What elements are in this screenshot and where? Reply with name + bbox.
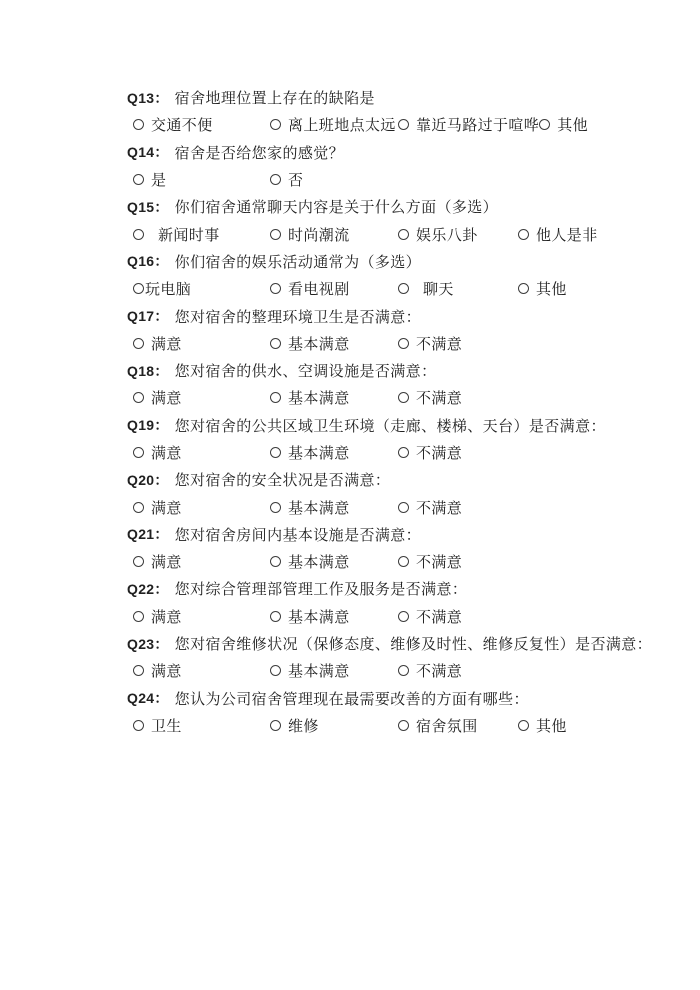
radio-option[interactable]: 满意 — [133, 551, 270, 572]
radio-option[interactable]: 基本满意 — [270, 497, 398, 518]
question-text: 您认为公司宿舍管理现在最需要改善的方面有哪些： — [175, 688, 529, 709]
question-number: Q22： — [127, 579, 169, 599]
question-heading: Q15： 你们宿舍通常聊天内容是关于什么方面（多选） — [127, 193, 672, 220]
option-label: 满意 — [151, 497, 182, 518]
radio-circle-icon[interactable] — [518, 720, 529, 731]
question-text: 您对宿舍房间内基本设施是否满意： — [175, 524, 421, 545]
question-heading: Q21： 您对宿舍房间内基本设施是否满意： — [127, 521, 672, 548]
question-number: Q19： — [127, 415, 169, 435]
radio-circle-icon[interactable] — [133, 392, 144, 403]
question-heading: Q17： 您对宿舍的整理环境卫生是否满意： — [127, 302, 672, 329]
radio-option[interactable]: 满意 — [133, 333, 270, 354]
question-options-row: 新闻时事 时尚潮流 娱乐八卦 他人是非 — [127, 220, 672, 247]
radio-circle-icon[interactable] — [133, 502, 144, 513]
option-label: 靠近马路过于喧哗 — [416, 114, 539, 135]
option-label: 不满意 — [416, 551, 462, 572]
question-heading: Q14： 宿舍是否给您家的感觉？ — [127, 139, 672, 166]
radio-option[interactable]: 满意 — [133, 497, 270, 518]
radio-circle-icon[interactable] — [133, 720, 144, 731]
question-options-row: 满意 基本满意 不满意 — [127, 384, 672, 411]
radio-circle-icon[interactable] — [270, 283, 281, 294]
question-block: Q24： 您认为公司宿舍管理现在最需要改善的方面有哪些： 卫生 维修 宿舍氛围 … — [127, 685, 672, 740]
radio-option[interactable]: 其他 — [518, 715, 567, 736]
radio-circle-icon[interactable] — [133, 665, 144, 676]
radio-option[interactable]: 否 — [270, 169, 398, 190]
question-block: Q14： 宿舍是否给您家的感觉？ 是 否 — [127, 139, 672, 194]
question-heading: Q16： 你们宿舍的娱乐活动通常为（多选） — [127, 248, 672, 275]
option-label: 满意 — [151, 333, 182, 354]
question-block: Q17： 您对宿舍的整理环境卫生是否满意： 满意 基本满意 不满意 — [127, 302, 672, 357]
radio-circle-icon[interactable] — [398, 611, 409, 622]
option-label: 基本满意 — [288, 333, 350, 354]
radio-option[interactable]: 基本满意 — [270, 387, 398, 408]
question-text: 宿舍是否给您家的感觉？ — [175, 142, 344, 163]
radio-circle-icon[interactable] — [270, 174, 281, 185]
question-number: Q15： — [127, 197, 169, 217]
radio-option[interactable]: 聊天 — [398, 278, 518, 299]
option-label: 娱乐八卦 — [416, 224, 478, 245]
radio-circle-icon[interactable] — [133, 119, 144, 130]
radio-circle-icon[interactable] — [398, 447, 409, 458]
radio-circle-icon[interactable] — [133, 611, 144, 622]
option-label: 满意 — [151, 387, 182, 408]
question-heading: Q22： 您对综合管理部管理工作及服务是否满意： — [127, 575, 672, 602]
radio-option[interactable]: 离上班地点太远 — [270, 114, 398, 135]
radio-option[interactable]: 其他 — [539, 114, 588, 135]
radio-circle-icon[interactable] — [398, 556, 409, 567]
radio-circle-icon[interactable] — [398, 338, 409, 349]
radio-circle-icon[interactable] — [270, 611, 281, 622]
radio-circle-icon[interactable] — [270, 720, 281, 731]
radio-option[interactable]: 新闻时事 — [133, 224, 270, 245]
radio-option[interactable]: 基本满意 — [270, 442, 398, 463]
question-number: Q14： — [127, 142, 169, 162]
option-label: 是 — [151, 169, 166, 190]
question-heading: Q19： 您对宿舍的公共区域卫生环境（走廊、楼梯、天台）是否满意： — [127, 412, 672, 439]
radio-option[interactable]: 他人是非 — [518, 224, 598, 245]
radio-option[interactable]: 基本满意 — [270, 333, 398, 354]
question-options-row: 满意 基本满意 不满意 — [127, 657, 672, 684]
question-text: 您对宿舍的安全状况是否满意： — [175, 469, 391, 490]
question-block: Q18： 您对宿舍的供水、空调设施是否满意： 满意 基本满意 不满意 — [127, 357, 672, 412]
option-label: 基本满意 — [288, 387, 350, 408]
option-label: 维修 — [288, 715, 319, 736]
question-options-row: 满意 基本满意 不满意 — [127, 548, 672, 575]
question-block: Q19： 您对宿舍的公共区域卫生环境（走廊、楼梯、天台）是否满意： 满意 基本满… — [127, 412, 672, 467]
option-label: 满意 — [151, 442, 182, 463]
question-text: 您对综合管理部管理工作及服务是否满意： — [175, 578, 468, 599]
question-text: 您对宿舍的整理环境卫生是否满意： — [175, 306, 421, 327]
radio-circle-icon[interactable] — [133, 447, 144, 458]
question-number: Q24： — [127, 688, 169, 708]
radio-circle-icon[interactable] — [398, 392, 409, 403]
option-label: 其他 — [536, 715, 567, 736]
option-label: 交通不便 — [151, 114, 213, 135]
option-label: 他人是非 — [536, 224, 598, 245]
option-label: 宿舍氛围 — [416, 715, 478, 736]
question-options-row: 交通不便 离上班地点太远 靠近马路过于喧哗 其他 — [127, 111, 672, 138]
radio-circle-icon[interactable] — [518, 283, 529, 294]
option-label: 否 — [288, 169, 303, 190]
radio-option[interactable]: 不满意 — [398, 551, 518, 572]
question-text: 您对宿舍的供水、空调设施是否满意： — [175, 360, 437, 381]
radio-circle-icon[interactable] — [133, 283, 144, 294]
radio-circle-icon[interactable] — [398, 229, 409, 240]
radio-circle-icon[interactable] — [270, 392, 281, 403]
radio-option[interactable]: 玩电脑 — [133, 278, 270, 299]
radio-circle-icon[interactable] — [398, 665, 409, 676]
radio-option[interactable]: 是 — [133, 169, 270, 190]
radio-circle-icon[interactable] — [270, 229, 281, 240]
question-text: 宿舍地理位置上存在的缺陷是 — [175, 87, 375, 108]
question-text: 你们宿舍通常聊天内容是关于什么方面（多选） — [175, 196, 498, 217]
option-label: 时尚潮流 — [288, 224, 350, 245]
question-options-row: 是 否 — [127, 166, 672, 193]
radio-option[interactable]: 卫生 — [133, 715, 270, 736]
question-options-row: 满意 基本满意 不满意 — [127, 439, 672, 466]
radio-option[interactable]: 不满意 — [398, 660, 518, 681]
question-number: Q16： — [127, 251, 169, 271]
question-text: 你们宿舍的娱乐活动通常为（多选） — [175, 251, 421, 272]
radio-option[interactable]: 宿舍氛围 — [398, 715, 518, 736]
question-number: Q20： — [127, 470, 169, 490]
option-label: 玩电脑 — [145, 278, 191, 299]
question-text: 您对宿舍维修状况（保修态度、维修及时性、维修反复性）是否满意： — [175, 633, 652, 654]
radio-option[interactable]: 维修 — [270, 715, 398, 736]
option-label: 满意 — [151, 660, 182, 681]
option-label: 其他 — [557, 114, 588, 135]
question-block: Q16： 你们宿舍的娱乐活动通常为（多选） 玩电脑 看电视剧 聊天 其他 — [127, 248, 672, 303]
radio-option[interactable]: 不满意 — [398, 497, 518, 518]
question-block: Q20： 您对宿舍的安全状况是否满意： 满意 基本满意 不满意 — [127, 466, 672, 521]
radio-option[interactable]: 不满意 — [398, 442, 518, 463]
option-label: 看电视剧 — [288, 278, 350, 299]
option-label: 满意 — [151, 606, 182, 627]
question-heading: Q20： 您对宿舍的安全状况是否满意： — [127, 466, 672, 493]
question-heading: Q13： 宿舍地理位置上存在的缺陷是 — [127, 84, 672, 111]
question-block: Q23： 您对宿舍维修状况（保修态度、维修及时性、维修反复性）是否满意： 满意 … — [127, 630, 672, 685]
option-label: 基本满意 — [288, 497, 350, 518]
option-label: 基本满意 — [288, 606, 350, 627]
question-number: Q21： — [127, 524, 169, 544]
radio-option[interactable]: 不满意 — [398, 387, 518, 408]
radio-circle-icon[interactable] — [398, 283, 409, 294]
radio-option[interactable]: 时尚潮流 — [270, 224, 398, 245]
radio-option[interactable]: 基本满意 — [270, 551, 398, 572]
radio-circle-icon[interactable] — [398, 720, 409, 731]
option-label: 满意 — [151, 551, 182, 572]
question-block: Q21： 您对宿舍房间内基本设施是否满意： 满意 基本满意 不满意 — [127, 521, 672, 576]
radio-option[interactable]: 满意 — [133, 387, 270, 408]
question-options-row: 满意 基本满意 不满意 — [127, 493, 672, 520]
radio-option[interactable]: 交通不便 — [133, 114, 270, 135]
option-label: 基本满意 — [288, 442, 350, 463]
question-options-row: 满意 基本满意 不满意 — [127, 330, 672, 357]
option-label: 基本满意 — [288, 551, 350, 572]
radio-option[interactable]: 基本满意 — [270, 606, 398, 627]
radio-option[interactable]: 基本满意 — [270, 660, 398, 681]
radio-circle-icon[interactable] — [133, 229, 144, 240]
radio-circle-icon[interactable] — [539, 119, 550, 130]
radio-option[interactable]: 不满意 — [398, 606, 518, 627]
option-label: 聊天 — [423, 278, 454, 299]
radio-option[interactable]: 靠近马路过于喧哗 — [398, 114, 539, 135]
radio-circle-icon[interactable] — [518, 229, 529, 240]
radio-option[interactable]: 不满意 — [398, 333, 518, 354]
option-label: 卫生 — [151, 715, 182, 736]
radio-circle-icon[interactable] — [270, 502, 281, 513]
option-label: 不满意 — [416, 497, 462, 518]
option-label: 离上班地点太远 — [288, 114, 396, 135]
radio-option[interactable]: 满意 — [133, 442, 270, 463]
option-label: 其他 — [536, 278, 567, 299]
question-options-row: 卫生 维修 宿舍氛围 其他 — [127, 712, 672, 739]
option-label: 不满意 — [416, 333, 462, 354]
radio-circle-icon[interactable] — [398, 502, 409, 513]
question-block: Q13： 宿舍地理位置上存在的缺陷是 交通不便 离上班地点太远 靠近马路过于喧哗… — [127, 84, 672, 139]
radio-circle-icon[interactable] — [133, 338, 144, 349]
option-label: 不满意 — [416, 606, 462, 627]
radio-option[interactable]: 看电视剧 — [270, 278, 398, 299]
option-label: 不满意 — [416, 442, 462, 463]
radio-circle-icon[interactable] — [270, 556, 281, 567]
radio-circle-icon[interactable] — [133, 556, 144, 567]
option-label: 新闻时事 — [158, 224, 220, 245]
radio-circle-icon[interactable] — [270, 338, 281, 349]
radio-option[interactable]: 娱乐八卦 — [398, 224, 518, 245]
question-number: Q23： — [127, 634, 169, 654]
radio-circle-icon[interactable] — [133, 174, 144, 185]
radio-circle-icon[interactable] — [270, 665, 281, 676]
question-heading: Q24： 您认为公司宿舍管理现在最需要改善的方面有哪些： — [127, 685, 672, 712]
question-options-row: 玩电脑 看电视剧 聊天 其他 — [127, 275, 672, 302]
option-label: 不满意 — [416, 387, 462, 408]
radio-circle-icon[interactable] — [398, 119, 409, 130]
radio-circle-icon[interactable] — [270, 447, 281, 458]
question-block: Q22： 您对综合管理部管理工作及服务是否满意： 满意 基本满意 不满意 — [127, 575, 672, 630]
option-label: 基本满意 — [288, 660, 350, 681]
radio-option[interactable]: 满意 — [133, 660, 270, 681]
option-label: 不满意 — [416, 660, 462, 681]
radio-circle-icon[interactable] — [270, 119, 281, 130]
question-text: 您对宿舍的公共区域卫生环境（走廊、楼梯、天台）是否满意： — [175, 415, 606, 436]
question-number: Q18： — [127, 361, 169, 381]
question-number: Q17： — [127, 306, 169, 326]
question-heading: Q18： 您对宿舍的供水、空调设施是否满意： — [127, 357, 672, 384]
questionnaire-page: Q13： 宿舍地理位置上存在的缺陷是 交通不便 离上班地点太远 靠近马路过于喧哗… — [127, 84, 672, 739]
question-options-row: 满意 基本满意 不满意 — [127, 603, 672, 630]
question-number: Q13： — [127, 88, 169, 108]
radio-option[interactable]: 其他 — [518, 278, 567, 299]
radio-option[interactable]: 满意 — [133, 606, 270, 627]
question-block: Q15： 你们宿舍通常聊天内容是关于什么方面（多选） 新闻时事 时尚潮流 娱乐八… — [127, 193, 672, 248]
question-heading: Q23： 您对宿舍维修状况（保修态度、维修及时性、维修反复性）是否满意： — [127, 630, 672, 657]
